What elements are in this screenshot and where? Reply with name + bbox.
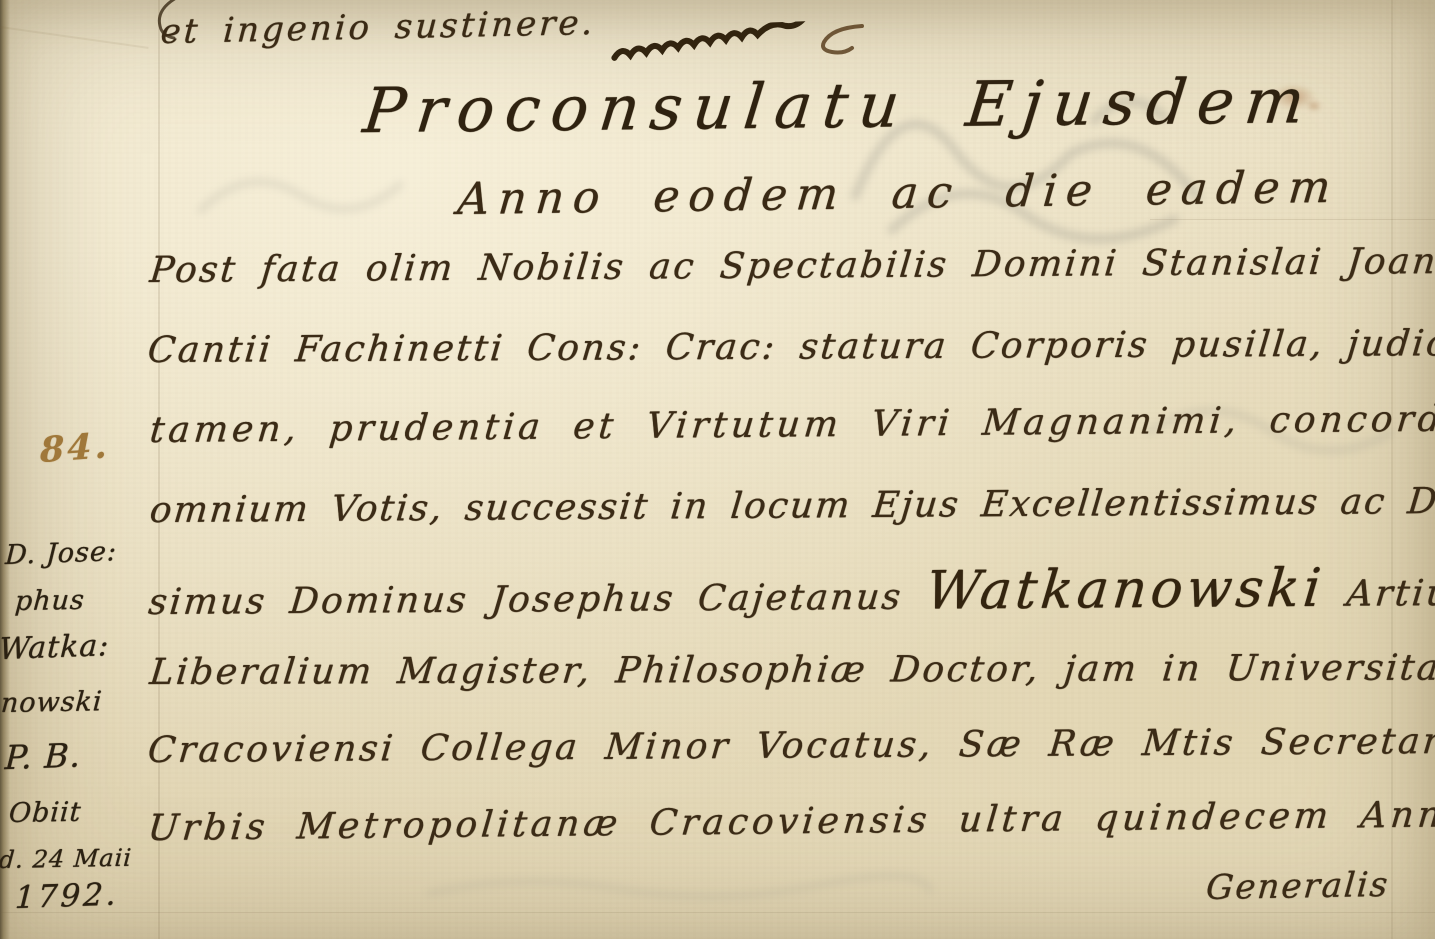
body-line: Liberalium Magister, Philosophiæ Doctor,… <box>148 647 1435 693</box>
margin-entry-number: 84. <box>40 425 110 471</box>
flourish-hook <box>818 22 866 58</box>
name-line-pre: simus Dominus Josephus Cajetanus <box>147 577 928 623</box>
flourish-line <box>609 20 840 70</box>
body-line: Urbis Metropolitanæ Cracoviensis ultra q… <box>146 794 1435 849</box>
ink-bleedthrough-bottom <box>420 865 940 910</box>
margin-note-line: d. 24 Maii <box>0 844 133 874</box>
margin-note-line: D. Jose: <box>4 536 117 571</box>
crease-line-top-left <box>0 26 149 49</box>
margin-note-line: 1792. <box>14 876 120 916</box>
margin-note-line: phus <box>14 585 86 617</box>
crease-line-bottom <box>0 912 1435 913</box>
page-binding-edge <box>0 0 10 939</box>
body-line: omnium Votis, successit in locum Ejus Ex… <box>148 480 1435 531</box>
margin-note-line: Watka: <box>0 628 110 667</box>
body-line: Cantii Fachinetti Cons: Crac: statura Co… <box>146 323 1435 371</box>
ink-bleedthrough-left <box>188 144 412 235</box>
margin-rule-left <box>158 0 160 939</box>
body-line: tamen, prudentia et Virtutum Viri Magnan… <box>148 398 1435 451</box>
crease-line-top-right <box>1150 219 1435 220</box>
manuscript-page: et ingenio sustinere. Proconsulatu Ejusd… <box>0 0 1435 939</box>
subtitle: Anno eodem ac die eadem <box>455 162 1341 225</box>
body-line: Post fata olim Nobilis ac Spectabilis Do… <box>148 241 1435 291</box>
header-line: et ingenio sustinere. <box>159 3 596 52</box>
margin-note-line: Obiit <box>8 797 83 829</box>
margin-note-line: nowski <box>0 686 104 719</box>
surname-emphasized: Watkanowski <box>923 558 1327 622</box>
page-title: Proconsulatu Ejusdem <box>360 64 1319 147</box>
name-line-post: Artium <box>1322 573 1435 615</box>
body-line: Cracoviensi Collega Minor Vocatus, Sæ Ræ… <box>146 720 1435 771</box>
body-line-name: simus Dominus Josephus Cajetanus Watkano… <box>146 559 1435 632</box>
margin-note-line: P. B. <box>4 735 82 777</box>
catchword: Generalis <box>1204 865 1391 908</box>
